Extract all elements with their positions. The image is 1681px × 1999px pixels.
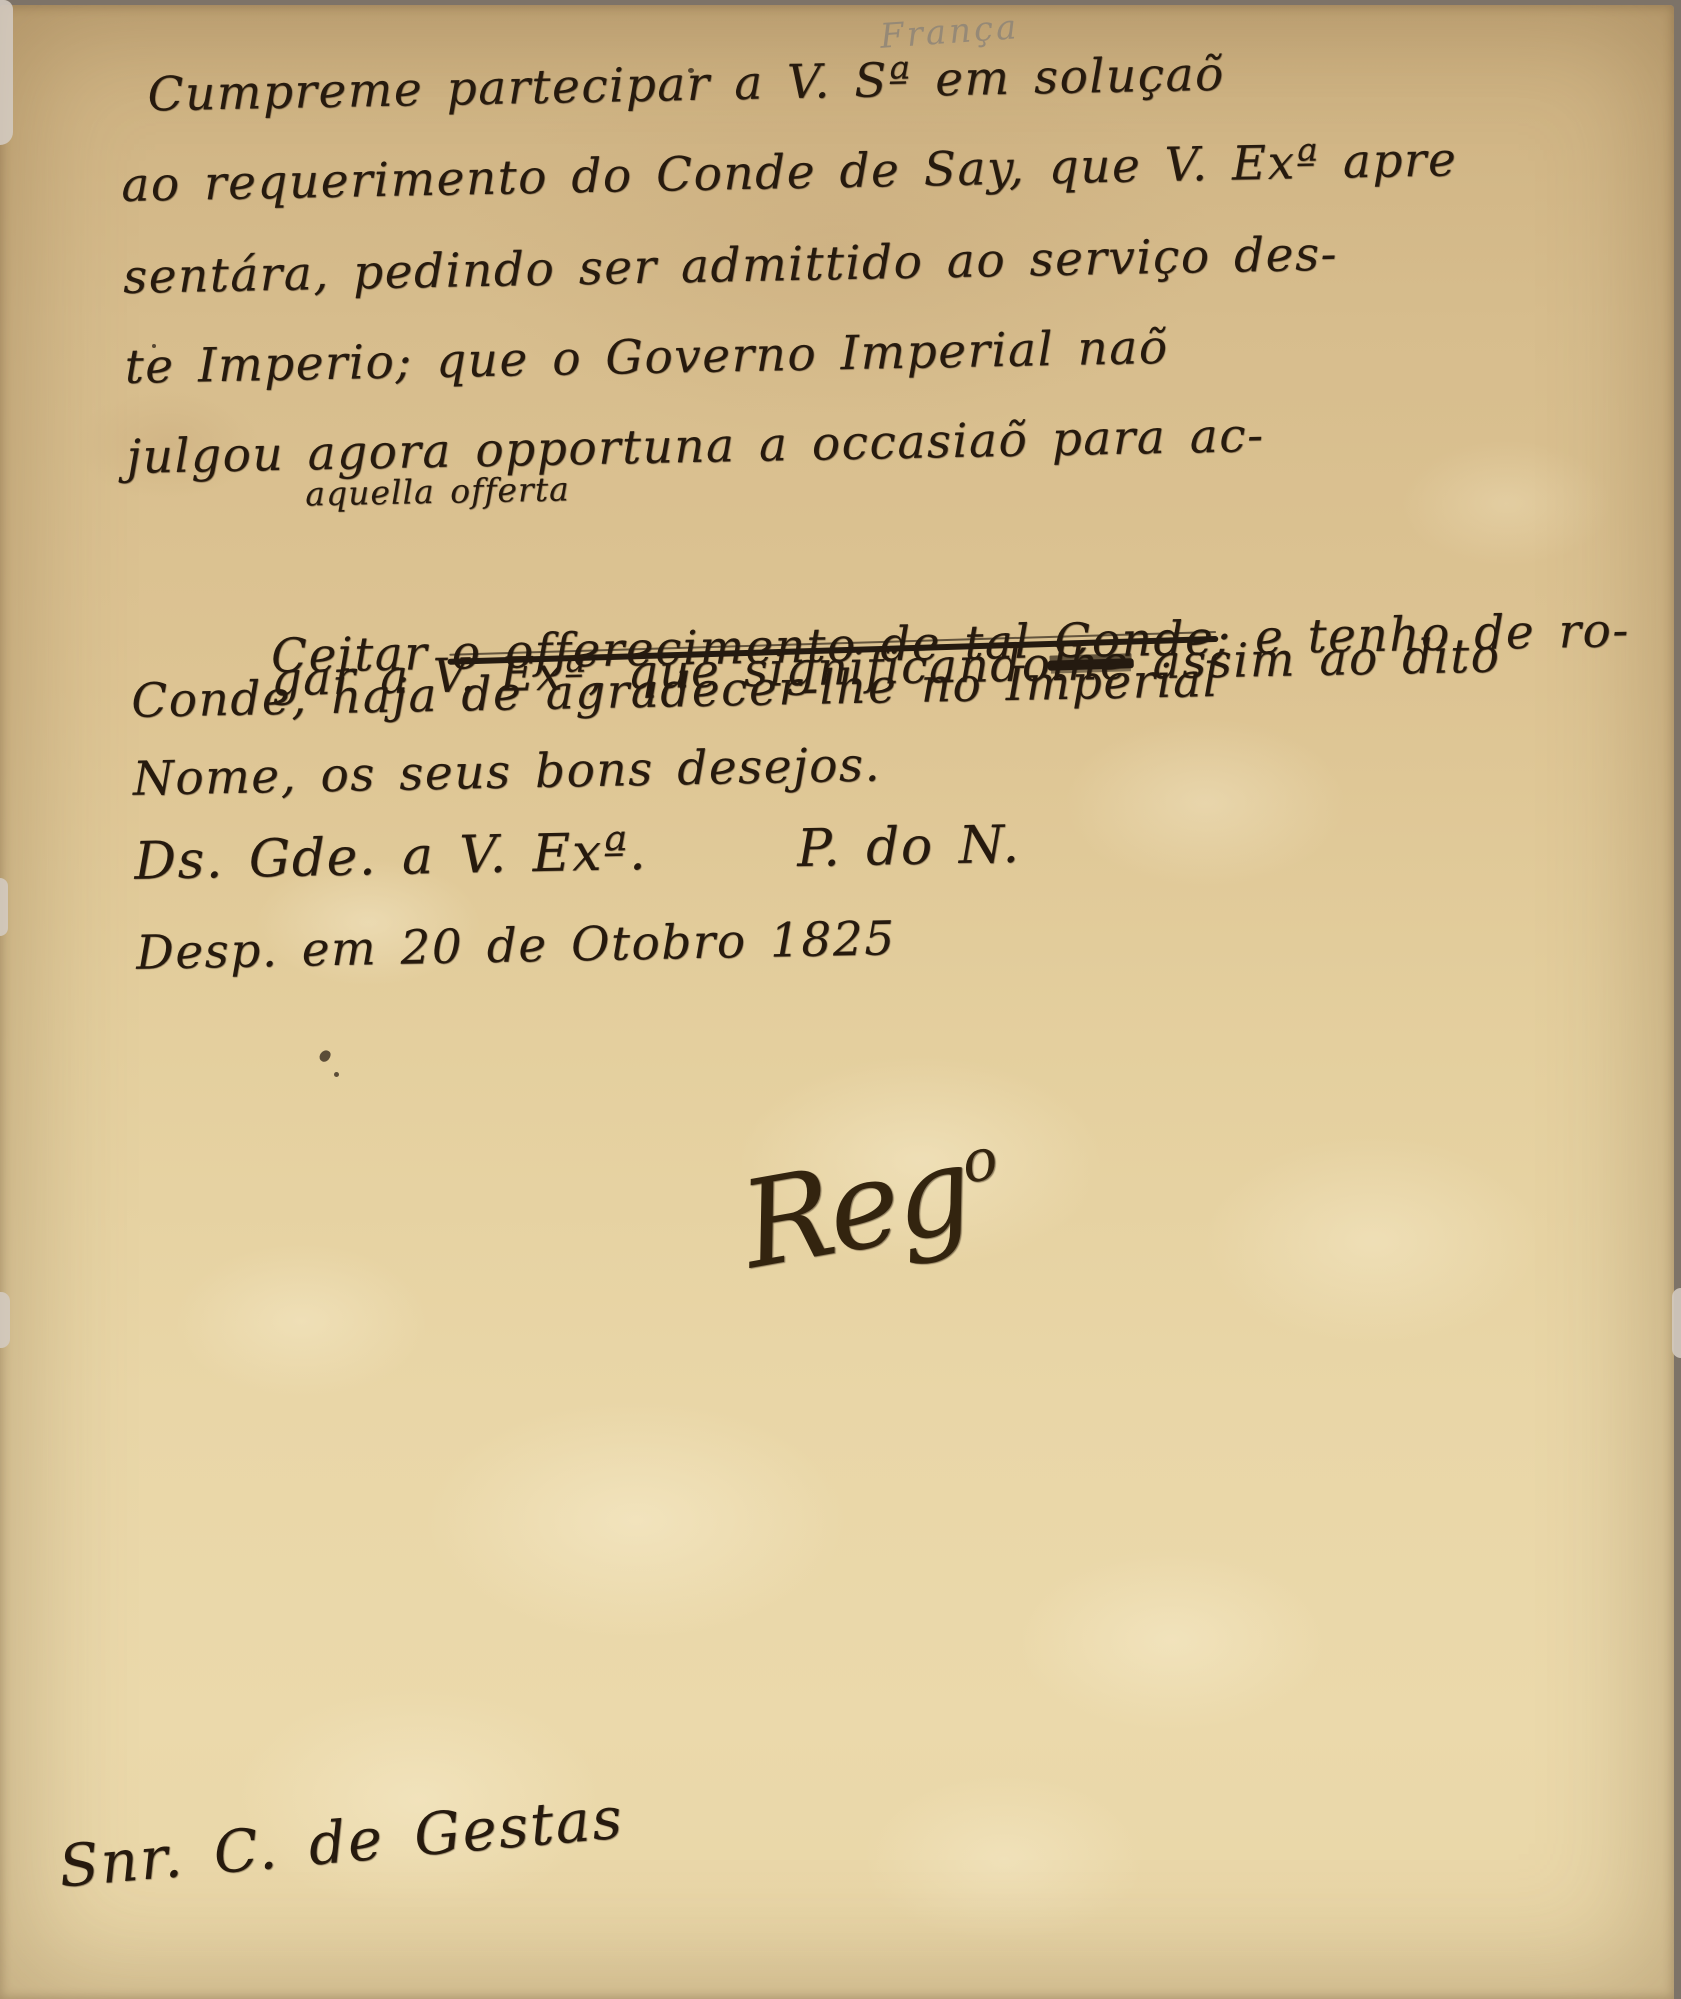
ink-speck [334, 1072, 339, 1077]
interlinear-insertion: aquella offerta [305, 469, 570, 513]
torn-edge [0, 1292, 10, 1348]
photographed-manuscript: França Cumpreme partecipar a V. Sª em so… [0, 0, 1681, 1999]
torn-edge [0, 878, 8, 936]
torn-edge [0, 0, 13, 145]
torn-edge [1672, 1288, 1681, 1358]
aged-paper-sheet [0, 5, 1674, 1999]
